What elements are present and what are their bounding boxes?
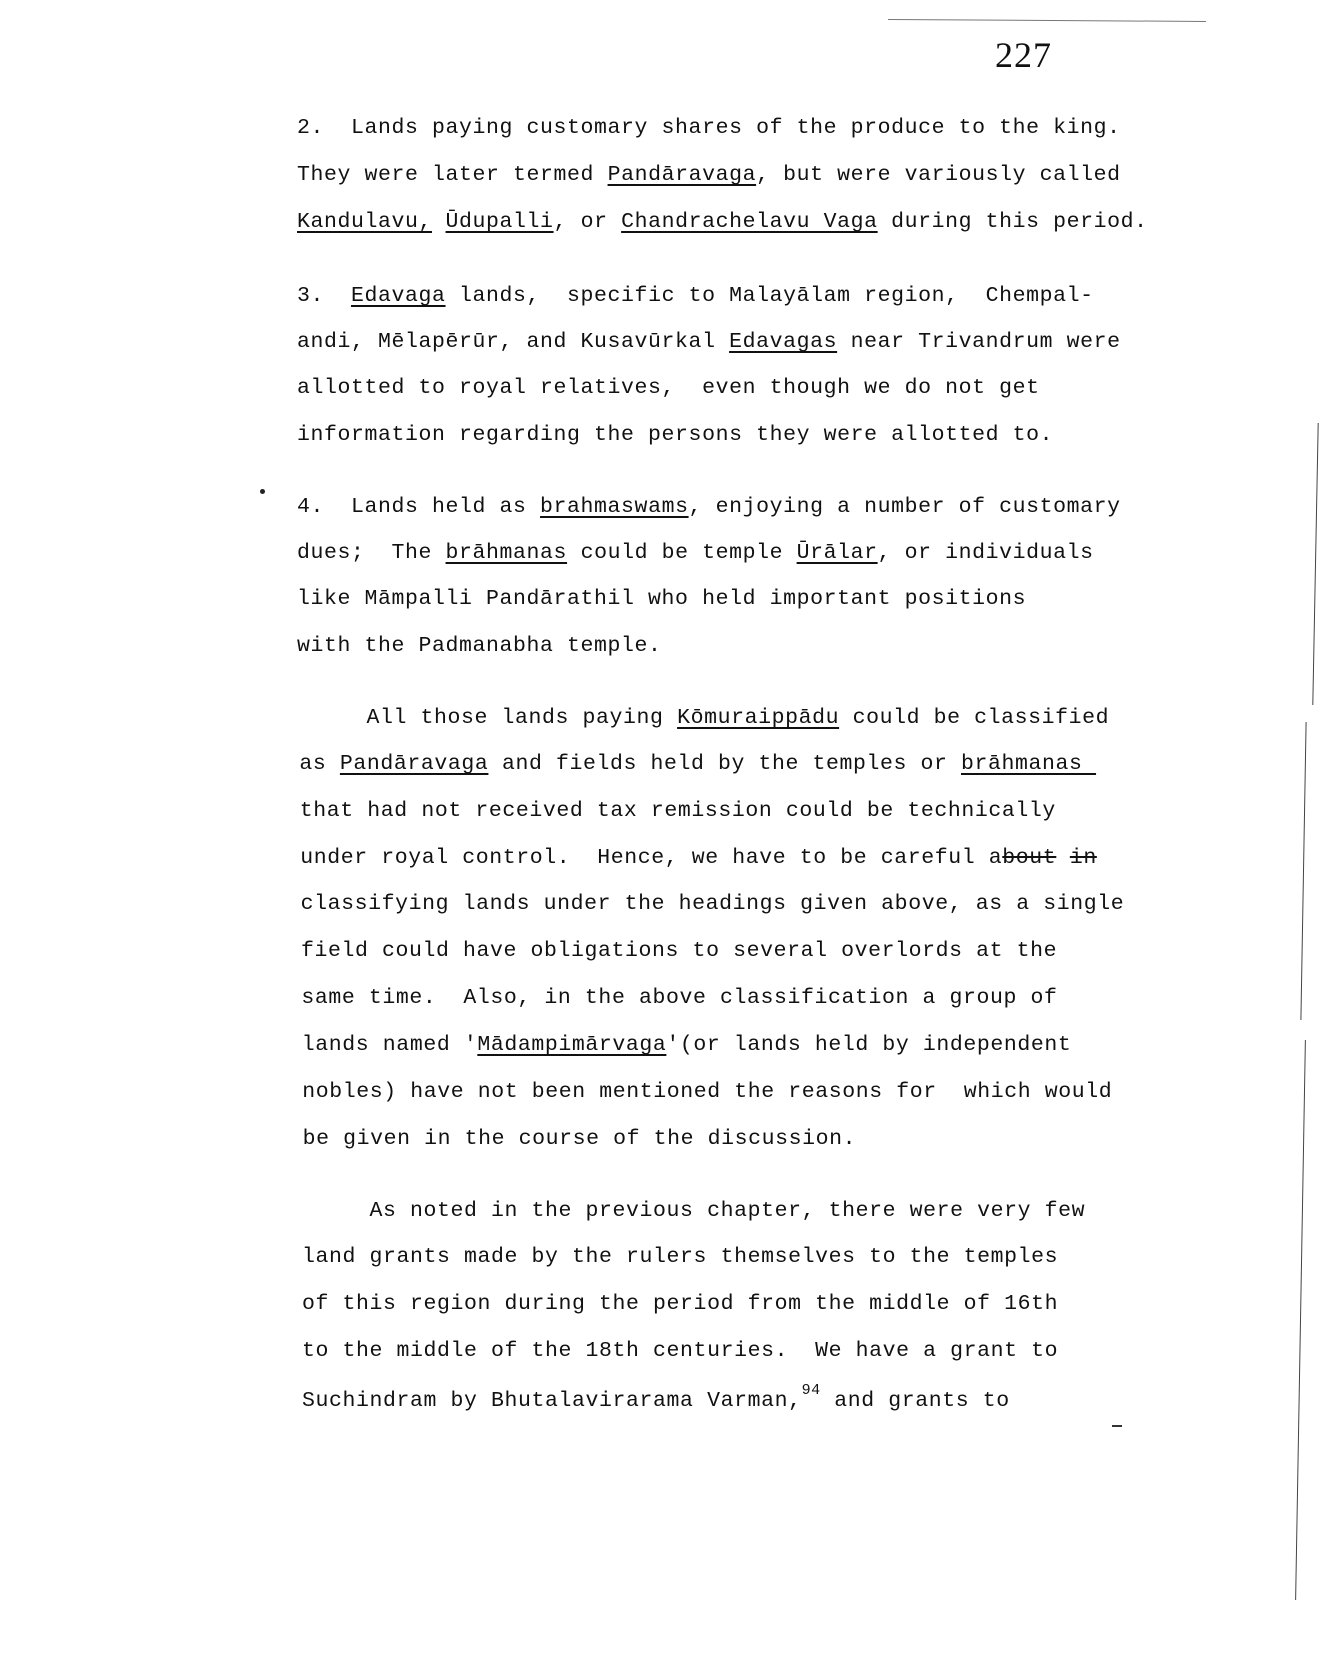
text-run: dues; The (297, 541, 446, 565)
text-run: with the Padmanabha temple. (297, 634, 662, 658)
text-run: near Trivandrum were (837, 330, 1121, 354)
text-line: with the Padmanabha temple. (297, 634, 662, 658)
text-line: lands named 'Mādampimārvaga'(or lands he… (302, 1033, 1072, 1057)
text-run: '(or lands held by independent (666, 1033, 1071, 1057)
text-line: Suchindram by Bhutalavirarama Varman,94 … (302, 1386, 1010, 1413)
text-run: land grants made by the rulers themselve… (302, 1245, 1058, 1269)
text-line: classifying lands under the headings giv… (301, 892, 1125, 916)
text-line: 3. Edavaga lands, specific to Malayālam … (297, 284, 1094, 308)
margin-line (1312, 423, 1318, 705)
text-line: They were later termed Pandāravaga, but … (297, 163, 1121, 187)
text-run: could be temple (567, 541, 797, 565)
text-run: field could have obligations to several … (301, 939, 1057, 963)
text-run: information regarding the persons they w… (297, 423, 1053, 447)
text-line: As noted in the previous chapter, there … (302, 1199, 1085, 1223)
text-line: 4. Lands held as brahmaswams, enjoying a… (297, 495, 1121, 519)
text-run: andi, Mēlapērūr, and Kusavūrkal (297, 330, 729, 354)
text-run: be given in the course of the discussion… (303, 1127, 857, 1151)
margin-line (1295, 1040, 1306, 1600)
text-run: Suchindram by Bhutalavirarama Varman, (302, 1389, 802, 1413)
text-run: 4. Lands held as (297, 495, 540, 519)
text-line: allotted to royal relatives, even though… (297, 376, 1040, 400)
text-line: dues; The brāhmanas could be temple Ūrāl… (297, 541, 1094, 565)
text-line: like Māmpalli Pandārathil who held impor… (297, 587, 1026, 611)
text-line: that had not received tax remission coul… (300, 799, 1056, 823)
text-run: All those lands paying (299, 706, 677, 730)
struck-text: bout (1002, 846, 1056, 870)
footnote-ref: 94 (802, 1382, 821, 1399)
margin-line (1300, 722, 1306, 1020)
text-run: lands named ' (302, 1033, 478, 1057)
underlined-term: Ūrālar (797, 541, 878, 565)
text-line: Kandulavu, Ūdupalli, or Chandrachelavu V… (297, 210, 1148, 234)
text-run: They were later termed (297, 163, 608, 187)
text-run: as (299, 752, 340, 776)
text-line: be given in the course of the discussion… (303, 1127, 857, 1151)
underlined-term: Kōmuraippādu (677, 706, 839, 730)
text-run: As noted in the previous chapter, there … (302, 1199, 1085, 1223)
text-run: under royal control. Hence, we have to b… (300, 846, 1002, 870)
text-run (432, 210, 446, 234)
underlined-term: brāhmanas (446, 541, 568, 565)
text-run: 2. Lands paying customary shares of the … (297, 116, 1121, 140)
text-line: under royal control. Hence, we have to b… (300, 846, 1097, 870)
underlined-term: Chandrachelavu Vaga (621, 210, 878, 234)
underlined-term: Pandāravaga (340, 752, 489, 776)
text-line: nobles) have not been mentioned the reas… (302, 1080, 1112, 1104)
underlined-term: Mādampimārvaga (477, 1033, 666, 1057)
text-run: , or individuals (878, 541, 1094, 565)
text-run: nobles) have not been mentioned the reas… (302, 1080, 1112, 1104)
text-run: could be classified (839, 706, 1109, 730)
text-run: classifying lands under the headings giv… (301, 892, 1125, 916)
text-line: of this region during the period from th… (302, 1292, 1058, 1316)
text-run: same time. Also, in the above classifica… (301, 986, 1057, 1010)
text-run: , or (554, 210, 622, 234)
underlined-term: Edavagas (729, 330, 837, 354)
text-line: 2. Lands paying customary shares of the … (297, 116, 1121, 140)
text-line: land grants made by the rulers themselve… (302, 1245, 1058, 1269)
text-run: , enjoying a number of customary (689, 495, 1121, 519)
scan-speck (260, 489, 265, 494)
underlined-term: Ūdupalli (446, 210, 554, 234)
underlined-term: Edavaga (351, 284, 446, 308)
underlined-term: brahmaswams (540, 495, 689, 519)
text-run: of this region during the period from th… (302, 1292, 1058, 1316)
text-line: field could have obligations to several … (301, 939, 1057, 963)
text-line: information regarding the persons they w… (297, 423, 1053, 447)
underlined-term: Pandāravaga (608, 163, 757, 187)
text-run: like Māmpalli Pandārathil who held impor… (297, 587, 1026, 611)
document-body: 2. Lands paying customary shares of the … (297, 0, 1217, 1661)
text-line: as Pandāravaga and fields held by the te… (299, 752, 1096, 776)
text-line: same time. Also, in the above classifica… (301, 986, 1057, 1010)
text-run: that had not received tax remission coul… (300, 799, 1056, 823)
text-run: 3. (297, 284, 351, 308)
text-run: to the middle of the 18th centuries. We … (302, 1339, 1058, 1363)
text-line: to the middle of the 18th centuries. We … (302, 1339, 1058, 1363)
text-line: andi, Mēlapērūr, and Kusavūrkal Edavagas… (297, 330, 1121, 354)
underlined-term: brāhmanas (961, 752, 1096, 776)
text-run: lands, specific to Malayālam region, Che… (446, 284, 1094, 308)
text-run: , but were variously called (756, 163, 1121, 187)
text-run: during this period. (878, 210, 1148, 234)
text-run (1056, 846, 1070, 870)
text-run: and grants to (821, 1389, 1010, 1413)
underlined-term: Kandulavu, (297, 210, 432, 234)
struck-text: in (1070, 846, 1097, 870)
text-run: allotted to royal relatives, even though… (297, 376, 1040, 400)
text-run: and fields held by the temples or (488, 752, 961, 776)
text-line: All those lands paying Kōmuraippādu coul… (299, 706, 1109, 730)
